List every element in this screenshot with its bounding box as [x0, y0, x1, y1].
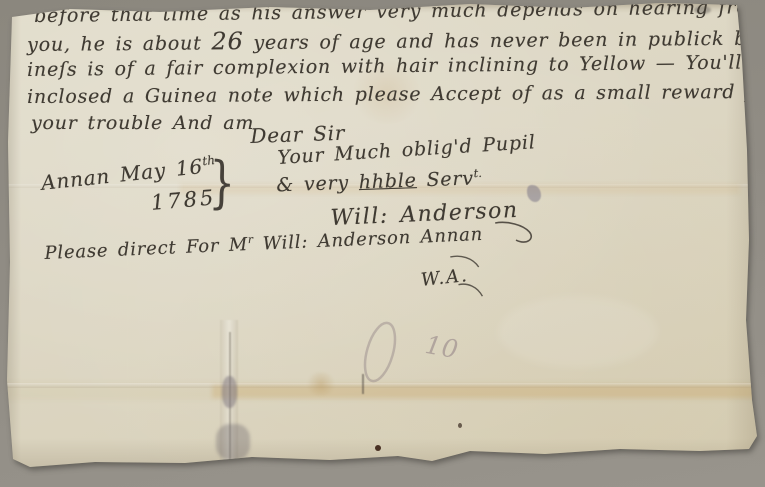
postscript-post: Will: Anderson Annan — [253, 224, 484, 255]
dateline-year: 1785 — [150, 185, 217, 215]
brown-stain-spot — [306, 372, 336, 396]
vertical-crease-line — [229, 332, 231, 464]
closing-line-2-superscript: t. — [473, 166, 482, 180]
closing-line-2-pre: & very — [276, 171, 359, 196]
signature-flourish — [490, 217, 541, 249]
letter-line-2-pre: you, he is about — [27, 32, 212, 56]
left-edge-shade — [5, 0, 21, 487]
ink-hole-dot-2 — [458, 423, 462, 428]
pencil-number-mark: 10 — [423, 330, 461, 364]
vertical-fold-crease — [220, 320, 238, 470]
graphite-smudge-upper — [222, 376, 237, 408]
dateline-brace: } — [208, 150, 236, 216]
closing-line-2-underlined: hhble — [358, 169, 417, 193]
age-number: 26 — [211, 27, 243, 55]
letter-line-1: before that time as his answer very much… — [34, 0, 765, 27]
bottom-edge-shade — [0, 438, 765, 470]
closing-line-2: & very hhble Servt. — [276, 166, 482, 196]
scan-background: before that time as his answer very much… — [0, 0, 765, 487]
graphite-blob — [527, 185, 541, 202]
pencil-loop-mark — [352, 318, 408, 386]
postscript-direction: Please direct For Mr Will: Anderson Anna… — [44, 223, 483, 264]
paper-sheen-patch — [498, 296, 658, 368]
paper-shadow: before that time as his answer very much… — [0, 0, 765, 487]
initials-flourish — [455, 280, 487, 299]
letter-line-2-post: years of age and has never been in publi… — [243, 28, 765, 55]
letter-line-5: your trouble And am — [31, 112, 254, 134]
ink-hole-dot-1 — [375, 445, 381, 451]
closing-line-2-mid: Serv — [416, 167, 474, 191]
letter-line-3: ineſs is of a fair complexion with hair … — [27, 51, 765, 81]
postscript-pre: Please direct For M — [44, 234, 248, 264]
letter-page: before that time as his answer very much… — [0, 0, 765, 487]
letter-line-2: you, he is about 26 years of age and has… — [27, 25, 765, 56]
graphite-smudge-lower — [216, 424, 250, 460]
letter-line-4: inclosed a Guinea note which please Acce… — [27, 81, 765, 108]
stain-band-lower — [212, 385, 765, 398]
